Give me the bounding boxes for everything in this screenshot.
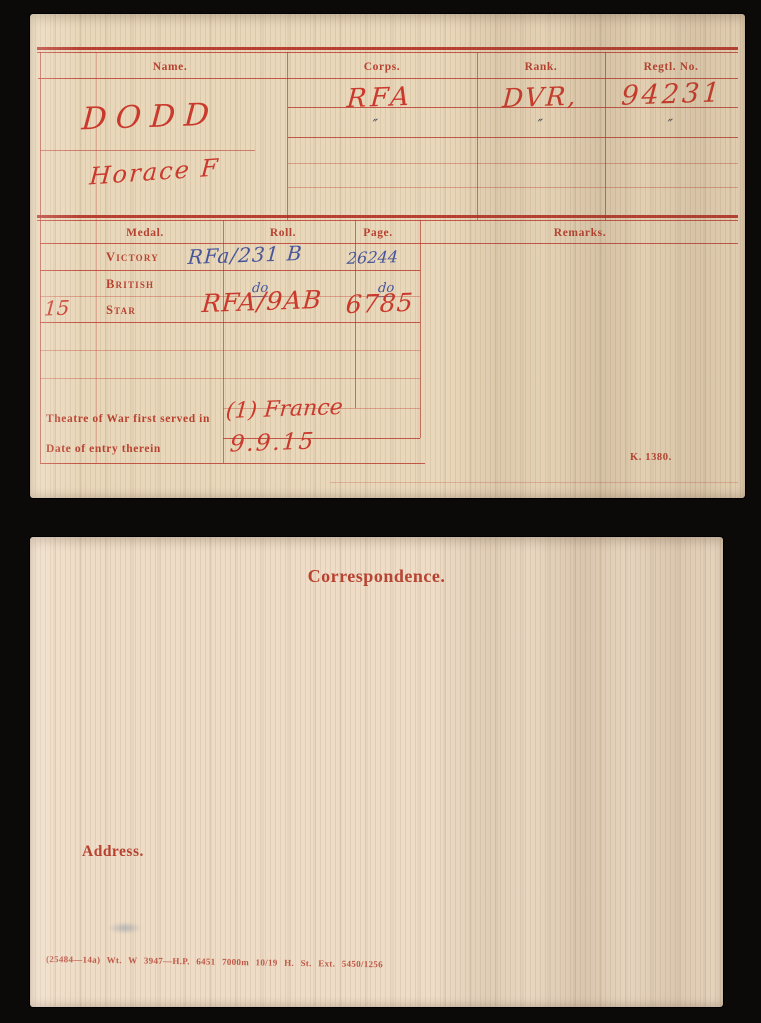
corps-ditto-mark: ″ (324, 115, 425, 134)
correspondence-heading: Correspondence. (30, 566, 723, 587)
rule (287, 52, 288, 220)
rule (288, 163, 738, 164)
address-label: Address. (82, 843, 144, 861)
rank-column-header: Rank. (481, 61, 601, 73)
rule (40, 243, 738, 244)
rule (477, 52, 478, 220)
roll-column-header: Roll. (233, 227, 333, 239)
page-column-header: Page. (348, 227, 408, 239)
rule (40, 350, 420, 351)
rank-ditto-mark: ″ (489, 115, 590, 134)
star-page-handwritten: 6785 (345, 288, 415, 319)
forename-handwritten: Horace F (89, 154, 221, 191)
rule (288, 187, 738, 188)
star-roll-handwritten: RFA/9AB (201, 285, 323, 318)
victory-page-handwritten: 26244 (346, 247, 398, 268)
rule (40, 378, 420, 379)
victory-roll-handwritten: RFa/231 B (187, 241, 304, 269)
form-reference: K. 1380. (630, 452, 672, 463)
rule (38, 78, 738, 79)
rule (37, 52, 738, 53)
rule (40, 463, 425, 464)
rule (40, 270, 420, 271)
rank-value-handwritten: DVR, (484, 81, 596, 115)
medal-card-back: Correspondence. Address. (25484—14a) Wt.… (30, 537, 723, 1007)
rule (37, 220, 738, 221)
rule (330, 482, 738, 483)
medal-column-header: Medal. (95, 227, 195, 239)
paper-texture (30, 537, 723, 1007)
corps-value-handwritten: RFA (299, 80, 462, 116)
rule (420, 220, 421, 438)
rule (288, 137, 738, 138)
scanned-medal-index-card: Name. Corps. Rank. Regtl. No. DODD Horac… (0, 0, 761, 1023)
date-of-entry-label: Date of entry therein (46, 443, 161, 455)
regtl-no-ditto-mark: ″ (619, 115, 720, 134)
medal-row-victory-label: Victory (106, 250, 159, 265)
name-column-header: Name. (120, 61, 220, 73)
rule (605, 52, 606, 220)
theatre-of-war-value-handwritten: (1) France (225, 395, 344, 424)
medal-card-front: Name. Corps. Rank. Regtl. No. DODD Horac… (30, 14, 745, 498)
rule (40, 52, 41, 463)
printer-imprint: (25484—14a) Wt. W 3947—H.P. 6451 7000m 1… (46, 954, 383, 969)
regtl-no-column-header: Regtl. No. (607, 61, 735, 73)
rule (40, 322, 420, 323)
surname-handwritten: DODD (81, 97, 220, 138)
ink-smudge (108, 922, 142, 934)
scan-shading (30, 537, 723, 1007)
rule (37, 47, 738, 50)
regtl-no-value-handwritten: 94231 (606, 77, 739, 113)
rule (37, 215, 738, 218)
date-of-entry-value-handwritten: 9.9.15 (229, 429, 316, 458)
medal-row-british-label: British (106, 277, 154, 292)
remarks-column-header: Remarks. (490, 227, 670, 239)
theatre-of-war-label: Theatre of War first served in (46, 413, 210, 425)
corps-column-header: Corps. (322, 61, 442, 73)
medal-row-star-label: Star (106, 303, 136, 318)
rule (40, 150, 255, 151)
star-prefix-15-handwritten: 15 (43, 296, 70, 321)
